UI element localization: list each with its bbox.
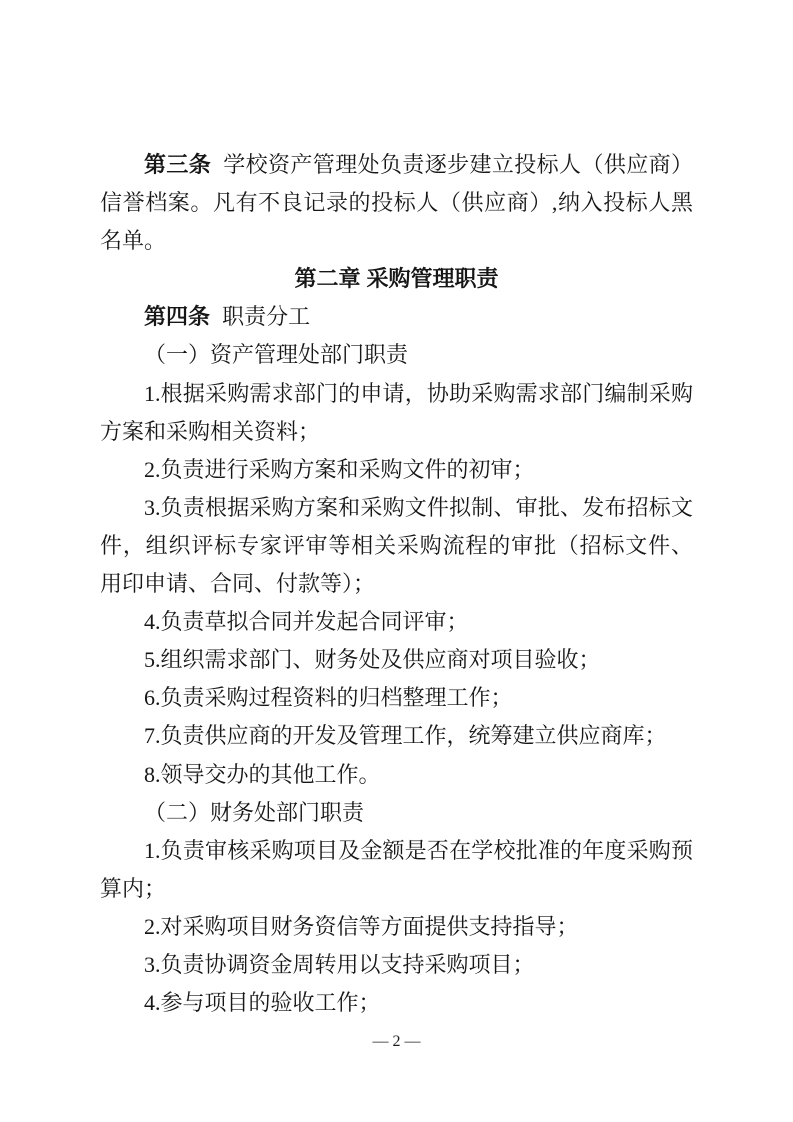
section-2-item-3: 3.负责协调资金周转用以支持采购项目；: [100, 946, 693, 984]
article-3-label: 第三条: [144, 152, 211, 177]
section-1-item-4: 4.负责草拟合同并发起合同评审；: [100, 603, 693, 641]
section-1-item-5: 5.组织需求部门、财务处及供应商对项目验收；: [100, 641, 693, 679]
chapter-2-heading: 第二章 采购管理职责: [100, 260, 693, 298]
page-number: — 2 —: [0, 1032, 793, 1052]
paragraph-article-3: 第三条学校资产管理处负责逐步建立投标人（供应商）信誉档案。凡有不良记录的投标人（…: [100, 146, 693, 260]
section-1-item-1: 1.根据采购需求部门的申请，协助采购需求部门编制采购方案和采购相关资料；: [100, 375, 693, 451]
section-1-item-8: 8.领导交办的其他工作。: [100, 756, 693, 794]
section-1-item-6: 6.负责采购过程资料的归档整理工作；: [100, 679, 693, 717]
section-1-item-2: 2.负责进行采购方案和采购文件的初审；: [100, 451, 693, 489]
document-body: 第三条学校资产管理处负责逐步建立投标人（供应商）信誉档案。凡有不良记录的投标人（…: [100, 146, 693, 1022]
section-2-heading: （二）财务处部门职责: [100, 794, 693, 832]
section-1-item-7: 7.负责供应商的开发及管理工作，统筹建立供应商库；: [100, 717, 693, 755]
paragraph-article-4: 第四条职责分工: [100, 298, 693, 336]
article-4-label: 第四条: [144, 304, 210, 329]
section-2-item-2: 2.对采购项目财务资信等方面提供支持指导；: [100, 908, 693, 946]
document-page: 第三条学校资产管理处负责逐步建立投标人（供应商）信誉档案。凡有不良记录的投标人（…: [0, 0, 793, 1122]
section-2-item-1: 1.负责审核采购项目及金额是否在学校批准的年度采购预算内；: [100, 832, 693, 908]
article-4-text: 职责分工: [222, 304, 310, 329]
section-1-item-3: 3.负责根据采购方案和采购文件拟制、审批、发布招标文件，组织评标专家评审等相关采…: [100, 489, 693, 603]
section-1-heading: （一）资产管理处部门职责: [100, 336, 693, 374]
section-2-item-4: 4.参与项目的验收工作；: [100, 984, 693, 1022]
